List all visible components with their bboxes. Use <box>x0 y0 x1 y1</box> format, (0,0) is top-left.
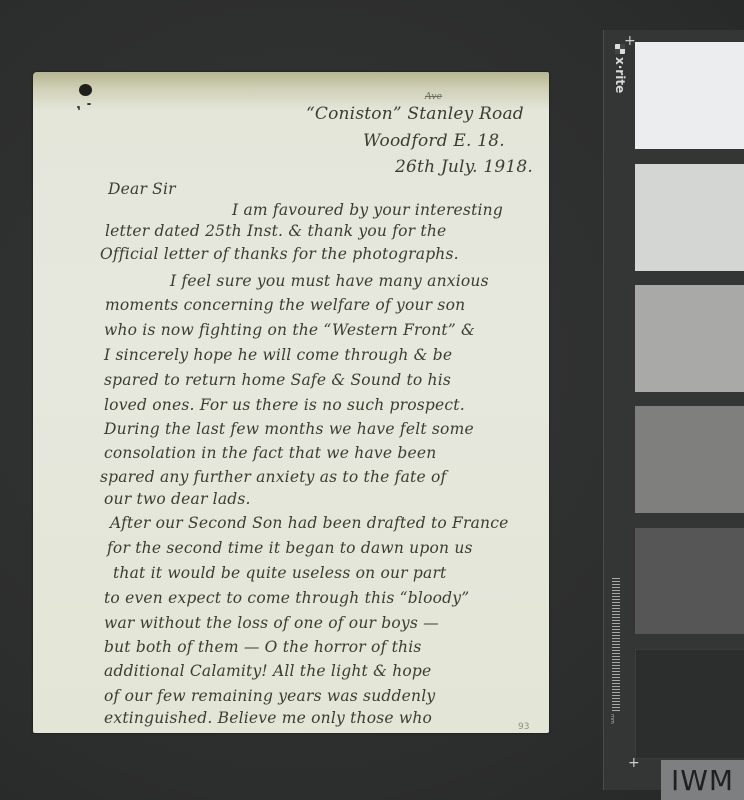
letter-line: for the second time it began to dawn upo… <box>107 539 473 557</box>
letter-line: but both of them — O the horror of this <box>104 638 422 656</box>
letter-line: loved ones. For us there is no such pros… <box>104 396 465 414</box>
letter-line: war without the loss of one of our boys … <box>104 614 439 632</box>
letter-line: I sincerely hope he will come through & … <box>104 346 452 364</box>
letter-line: to even expect to come through this “blo… <box>104 589 469 607</box>
crosshair-icon: + <box>624 34 636 48</box>
watermark-text: IWM <box>671 764 734 797</box>
letter-line: spared to return home Safe & Sound to hi… <box>104 371 451 389</box>
grey-patch-4 <box>635 406 744 513</box>
struck-word: Ave <box>425 92 442 102</box>
archive-page-number: 93 <box>518 722 529 732</box>
address-line-1: “Coniston” Stanley Road <box>306 104 524 124</box>
ink-speck <box>78 108 80 110</box>
salutation: Dear Sir <box>108 180 176 198</box>
ruler-unit-label: mm <box>609 714 615 724</box>
colour-checker-brand: x·rite <box>613 44 627 93</box>
letter-line: that it would be quite useless on our pa… <box>113 564 447 582</box>
mm-ruler <box>612 578 620 712</box>
letter-line: additional Calamity! All the light & hop… <box>104 662 431 680</box>
letter-line: letter dated 25th Inst. & thank you for … <box>105 222 446 240</box>
letter-date: 26th July. 1918. <box>395 157 533 177</box>
grey-patch-1 <box>635 42 744 149</box>
grey-patch-2 <box>635 164 744 271</box>
address-line-2: Woodford E. 18. <box>363 131 505 151</box>
letter-line: Official letter of thanks for the photog… <box>100 245 459 263</box>
letter-line: After our Second Son had been drafted to… <box>110 514 508 532</box>
letter-line: our two dear lads. <box>104 490 251 508</box>
letter-line: spared any further anxiety as to the fat… <box>100 468 446 486</box>
iwm-watermark: IWM <box>661 760 744 800</box>
letter-line: extinguished. Believe me only those who <box>104 709 432 727</box>
grey-patch-5 <box>635 528 744 634</box>
ink-speck <box>87 103 91 105</box>
letter-line: consolation in the fact that we have bee… <box>104 444 436 462</box>
grey-patch-6 <box>635 649 744 759</box>
letter-line: I am favoured by your interesting <box>232 201 503 219</box>
letter-line: I feel sure you must have many anxious <box>170 272 489 290</box>
letter-line: of our few remaining years was suddenly <box>104 687 435 705</box>
letter-line: moments concerning the welfare of your s… <box>105 296 465 314</box>
letter-line: During the last few months we have felt … <box>104 420 474 438</box>
grey-patch-3 <box>635 285 744 392</box>
ink-blot <box>79 84 92 96</box>
letter-line: who is now fighting on the “Western Fron… <box>104 321 475 339</box>
brand-label: x·rite <box>613 57 627 93</box>
